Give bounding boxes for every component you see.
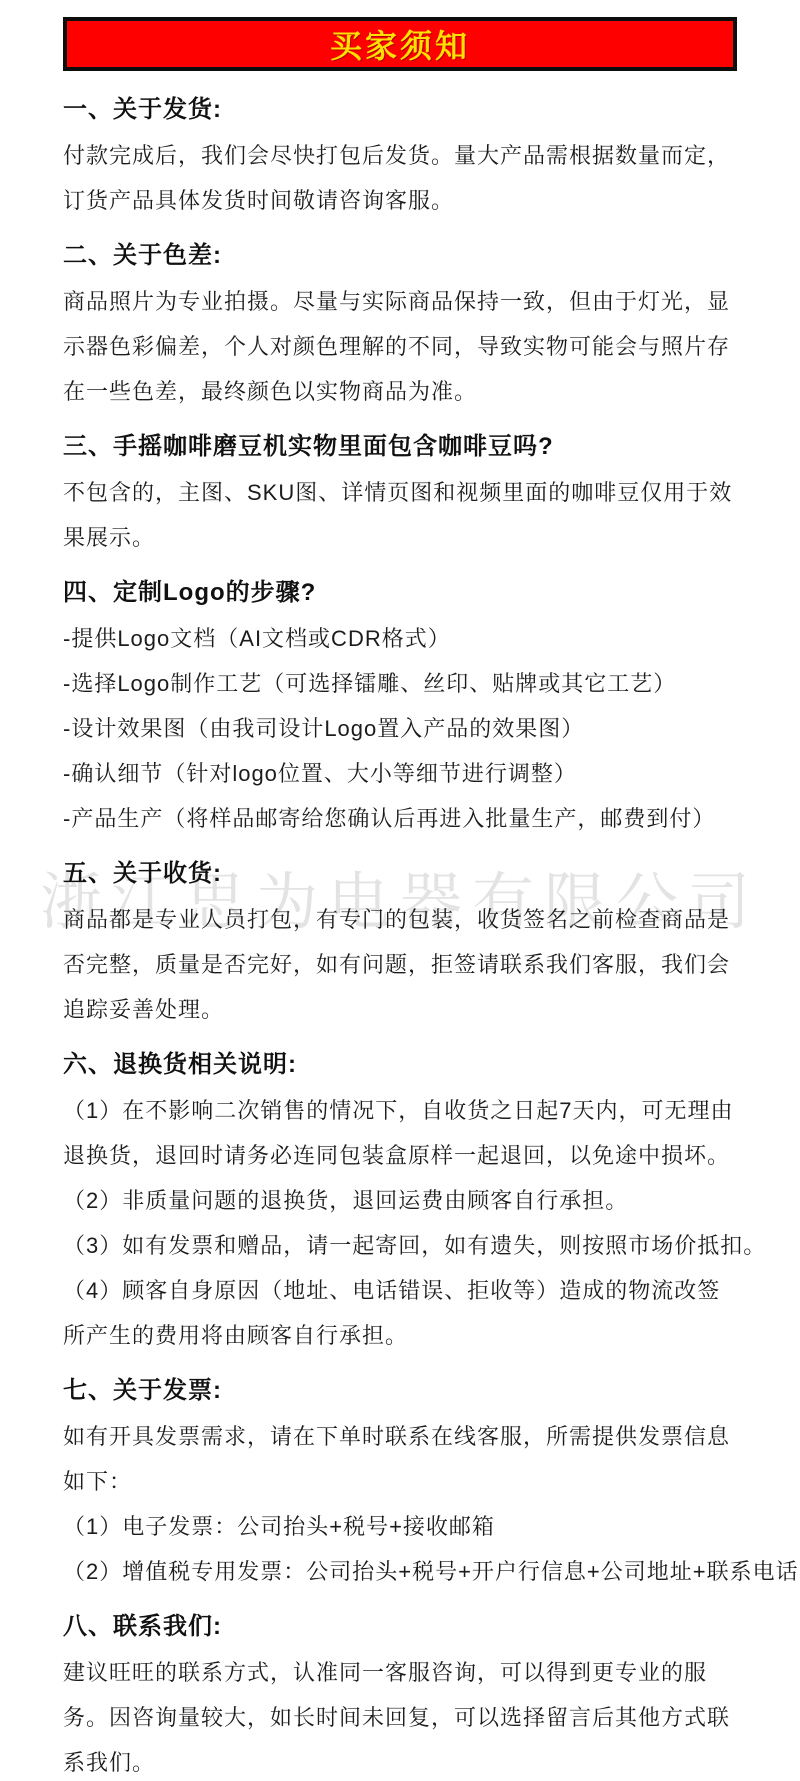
notice-banner: 买家须知	[63, 17, 737, 71]
section-paragraph: 付款完成后，我们会尽快打包后发货。量大产品需根据数量而定，订货产品具体发货时间敬…	[63, 133, 737, 223]
section-heading: 八、联系我们:	[63, 1606, 737, 1648]
section-paragraph: 建议旺旺的联系方式，认准同一客服咨询，可以得到更专业的服务。因咨询量较大，如长时…	[63, 1650, 737, 1781]
section-heading: 五、关于收货:	[63, 853, 737, 895]
section-coffee-beans: 三、手摇咖啡磨豆机实物里面包含咖啡豆吗? 不包含的，主图、SKU图、详情页图和视…	[63, 426, 737, 560]
section-paragraph: 不包含的，主图、SKU图、详情页图和视频里面的咖啡豆仅用于效果展示。	[63, 470, 737, 560]
section-heading: 三、手摇咖啡磨豆机实物里面包含咖啡豆吗?	[63, 426, 737, 468]
invoice-intro: 如有开具发票需求，请在下单时联系在线客服，所需提供发票信息如下：	[63, 1414, 737, 1504]
section-custom-logo: 四、定制Logo的步骤? -提供Logo文档（AI文档或CDR格式） -选择Lo…	[63, 572, 737, 841]
return-rule: （4）顾客自身原因（地址、电话错误、拒收等）造成的物流改签所产生的费用将由顾客自…	[63, 1268, 737, 1358]
logo-step: -选择Logo制作工艺（可选择镭雕、丝印、贴牌或其它工艺）	[63, 661, 737, 706]
section-returns: 六、退换货相关说明: （1）在不影响二次销售的情况下，自收货之日起7天内，可无理…	[63, 1044, 737, 1358]
section-contact: 八、联系我们: 建议旺旺的联系方式，认准同一客服咨询，可以得到更专业的服务。因咨…	[63, 1606, 737, 1781]
logo-step: -确认细节（针对logo位置、大小等细节进行调整）	[63, 751, 737, 796]
invoice-rule: （1）电子发票：公司抬头+税号+接收邮箱	[63, 1504, 737, 1549]
section-paragraph: 商品都是专业人员打包，有专门的包装，收货签名之前检查商品是否完整，质量是否完好，…	[63, 897, 737, 1032]
section-heading: 一、关于发货:	[63, 89, 737, 131]
notice-banner-title: 买家须知	[330, 21, 470, 67]
section-invoice: 七、关于发票: 如有开具发票需求，请在下单时联系在线客服，所需提供发票信息如下：…	[63, 1370, 737, 1594]
logo-step: -设计效果图（由我司设计Logo置入产品的效果图）	[63, 706, 737, 751]
return-rule: （1）在不影响二次销售的情况下，自收货之日起7天内，可无理由退换货，退回时请务必…	[63, 1088, 737, 1178]
return-rule: （2）非质量问题的退换货，退回运费由顾客自行承担。	[63, 1178, 737, 1223]
section-receiving: 五、关于收货: 商品都是专业人员打包，有专门的包装，收货签名之前检查商品是否完整…	[63, 853, 737, 1032]
section-paragraph: 商品照片为专业拍摄。尽量与实际商品保持一致，但由于灯光，显示器色彩偏差，个人对颜…	[63, 279, 737, 414]
section-heading: 七、关于发票:	[63, 1370, 737, 1412]
invoice-rule: （2）增值税专用发票：公司抬头+税号+开户行信息+公司地址+联系电话	[63, 1549, 737, 1594]
logo-step: -提供Logo文档（AI文档或CDR格式）	[63, 616, 737, 661]
logo-step: -产品生产（将样品邮寄给您确认后再进入批量生产，邮费到付）	[63, 796, 737, 841]
section-heading: 四、定制Logo的步骤?	[63, 572, 737, 614]
section-heading: 二、关于色差:	[63, 235, 737, 277]
section-shipping: 一、关于发货: 付款完成后，我们会尽快打包后发货。量大产品需根据数量而定，订货产…	[63, 89, 737, 223]
notice-sections: 一、关于发货: 付款完成后，我们会尽快打包后发货。量大产品需根据数量而定，订货产…	[63, 71, 737, 1781]
section-heading: 六、退换货相关说明:	[63, 1044, 737, 1086]
section-color-difference: 二、关于色差: 商品照片为专业拍摄。尽量与实际商品保持一致，但由于灯光，显示器色…	[63, 235, 737, 414]
return-rule: （3）如有发票和赠品，请一起寄回，如有遗失，则按照市场价抵扣。	[63, 1223, 737, 1268]
buyer-notice-page: 买家须知 一、关于发货: 付款完成后，我们会尽快打包后发货。量大产品需根据数量而…	[0, 0, 800, 1781]
